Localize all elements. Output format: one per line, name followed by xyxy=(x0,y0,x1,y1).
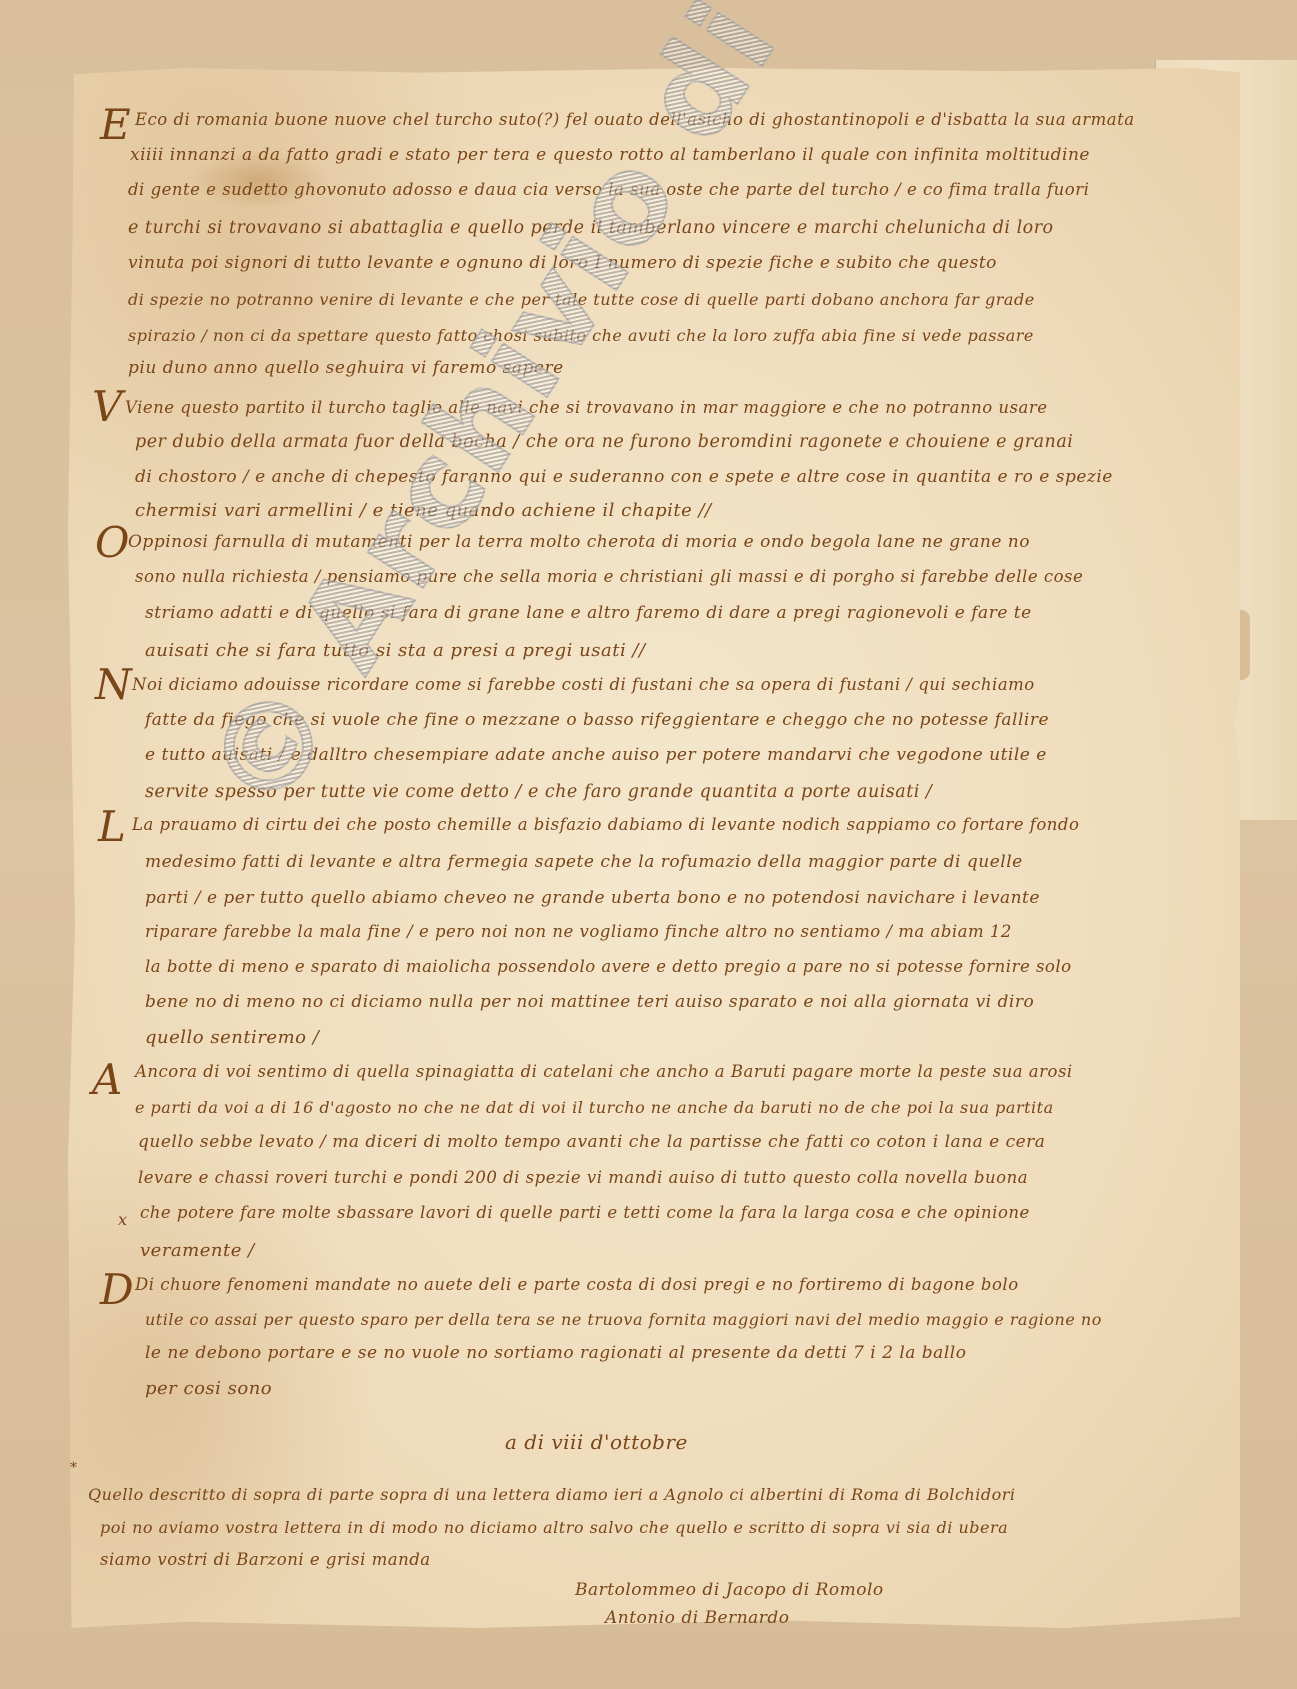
text-line: riparare farebbe la mala fine / e pero n… xyxy=(145,922,1012,941)
text-line: le ne debono portare e se no vuole no so… xyxy=(145,1343,966,1363)
text-line: vinuta poi signori di tutto levante e og… xyxy=(128,253,997,273)
text-line: e parti da voi a di 16 d'agosto no che n… xyxy=(135,1098,1054,1117)
signature-line: Bartolommeo di Jacopo di Romolo xyxy=(575,1580,884,1600)
text-line: e turchi si trovavano si abattaglia e qu… xyxy=(128,218,1054,238)
text-line: xiiii innanzi a da fatto gradi e stato p… xyxy=(130,145,1090,165)
text-line: quello sebbe levato / ma diceri di molto… xyxy=(138,1132,1045,1152)
text-line: la botte di meno e sparato di maiolicha … xyxy=(145,957,1072,976)
text-line: medesimo fatti di levante e altra fermeg… xyxy=(145,852,1023,872)
text-line: bene no di meno no ci diciamo nulla per … xyxy=(145,992,1034,1012)
text-line: di spezie no potranno venire di levante … xyxy=(128,290,1035,309)
text-line: utile co assai per questo sparo per dell… xyxy=(145,1310,1102,1329)
text-line: servite spesso per tutte vie come detto … xyxy=(145,782,932,802)
text-line: Viene questo partito il turcho taglio al… xyxy=(125,398,1047,417)
signature-line: Antonio di Bernardo xyxy=(605,1608,790,1628)
paragraph-initial: E xyxy=(100,100,131,149)
paragraph-initial: N xyxy=(95,660,132,709)
text-line: Noi diciamo adouisse ricordare come si f… xyxy=(132,675,1035,694)
text-line: Eco di romania buone nuove chel turcho s… xyxy=(135,110,1135,129)
text-line: fatte da fiego che si vuole che fine o m… xyxy=(145,710,1049,730)
text-line: piu duno anno quello seghuira vi faremo … xyxy=(128,358,564,378)
paragraph-initial: L xyxy=(98,802,126,851)
text-line: di gente e sudetto ghovonuto adosso e da… xyxy=(128,180,1089,199)
text-line: per cosi sono xyxy=(145,1378,272,1399)
postscript-line: siamo vostri di Barzoni e grisi manda xyxy=(100,1550,431,1569)
date-line: a di viii d'ottobre xyxy=(505,1430,688,1454)
text-line: auisati che si fara tutto si sta a presi… xyxy=(145,640,646,661)
margin-mark: x xyxy=(118,1210,128,1229)
paragraph-initial: D xyxy=(100,1265,134,1314)
text-line: parti / e per tutto quello abiamo cheveo… xyxy=(145,888,1040,908)
text-line: La prauamo di cirtu dei che posto chemil… xyxy=(132,815,1079,834)
text-line: quello sentiremo / xyxy=(145,1027,319,1048)
text-line: per dubio della armata fuor della bocha … xyxy=(135,432,1073,452)
text-line: levare e chassi roveri turchi e pondi 20… xyxy=(138,1168,1028,1187)
postscript-line: Quello descritto di sopra di parte sopra… xyxy=(88,1485,1016,1504)
text-line: che potere fare molte sbassare lavori di… xyxy=(140,1203,1030,1222)
postscript-line: poi no aviamo vostra lettera in di modo … xyxy=(100,1518,1008,1537)
text-line: e tutto auisati / e dalltro chesempiare … xyxy=(145,745,1047,765)
margin-mark: * xyxy=(70,1460,78,1476)
text-line: Di chuore fenomeni mandate no auete deli… xyxy=(135,1275,1019,1294)
text-line: striamo adatti e di quello si fara di gr… xyxy=(145,603,1032,623)
text-line: veramente / xyxy=(140,1240,255,1261)
paragraph-initial: A xyxy=(92,1055,122,1104)
paragraph-initial: O xyxy=(95,518,129,567)
text-line: Oppinosi farnulla di mutamenti per la te… xyxy=(128,532,1030,552)
text-line: spirazio / non ci da spettare questo fat… xyxy=(128,326,1034,345)
text-line: Ancora di voi sentimo di quella spinagia… xyxy=(135,1062,1073,1081)
paragraph-initial: V xyxy=(92,382,122,431)
text-line: di chostoro / e anche di chepesto farann… xyxy=(135,467,1113,487)
text-line: chermisi vari armellini / e tiene quando… xyxy=(135,500,712,521)
manuscript-text: E Eco di romania buone nuove chel turcho… xyxy=(0,0,1297,1689)
text-line: sono nulla richiesta / pensiamo pure che… xyxy=(135,567,1083,586)
